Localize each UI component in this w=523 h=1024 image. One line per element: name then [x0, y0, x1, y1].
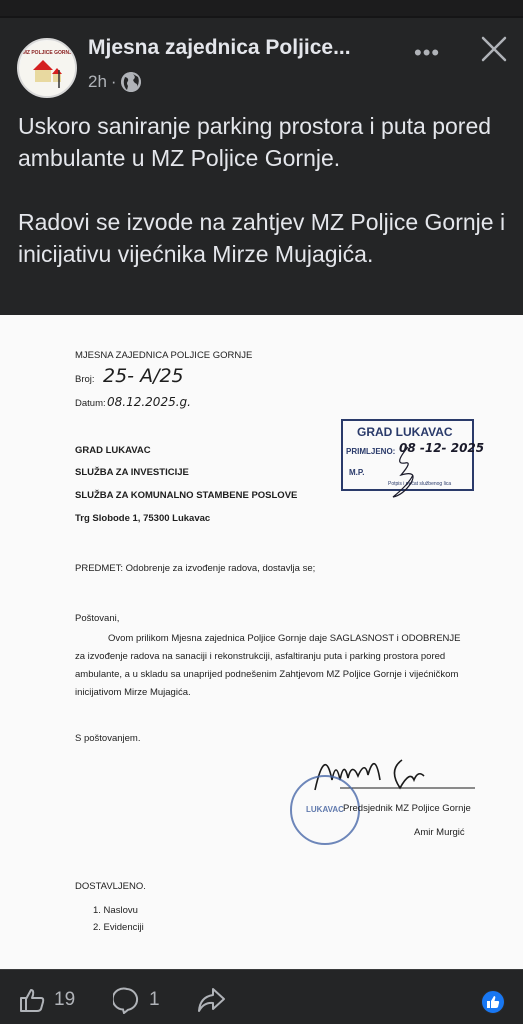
like-reaction-badge[interactable]: [481, 990, 505, 1014]
close-icon: [478, 33, 510, 65]
post-paragraph: Radovi se izvode na zahtjev MZ Poljice G…: [18, 206, 508, 270]
doc-sender: MJESNA ZAJEDNICA POLJICE GORNJE: [75, 350, 252, 361]
share-arrow-icon: [196, 986, 226, 1014]
comment-bubble-icon: [113, 986, 141, 1014]
like-count: 19: [54, 989, 75, 1011]
page-name[interactable]: Mjesna zajednica Poljice...: [88, 36, 351, 60]
doc-subject: PREDMET: Odobrenje za izvođenje radova, …: [75, 563, 315, 574]
doc-recipient-line: GRAD LUKAVAC: [75, 445, 151, 456]
signer-title: Predsjednik MZ Poljice Gornje: [343, 803, 471, 814]
delivered-item: 1. Naslovu: [93, 905, 138, 916]
comment-button[interactable]: 1: [113, 986, 160, 1014]
received-stamp: GRAD LUKAVAC PRIMLJENO: 08 -12- 2025 M.P…: [341, 419, 474, 491]
post-text: Uskoro saniranje parking prostora i puta…: [18, 110, 508, 270]
delivered-item: 2. Evidenciji: [93, 922, 144, 933]
signature-scribble-icon: [383, 445, 433, 500]
signer-name: Amir Murgić: [414, 827, 465, 838]
delivered-label: DOSTAVLJENO.: [75, 881, 146, 892]
status-bar-strip: [0, 0, 523, 18]
doc-recipient-line: Trg Slobode 1, 75300 Lukavac: [75, 513, 210, 524]
like-button[interactable]: 19: [18, 986, 75, 1014]
doc-broj-value: 25- A/25: [103, 365, 184, 387]
doc-closing: S poštovanjem.: [75, 733, 140, 744]
post-paragraph: Uskoro saniranje parking prostora i puta…: [18, 110, 508, 174]
doc-body-line: Ovom prilikom Mjesna zajednica Poljice G…: [108, 633, 461, 644]
doc-datum-label: Datum:: [75, 398, 106, 409]
action-bar: 19 1: [0, 969, 523, 1024]
doc-recipient-line: SLUŽBA ZA KOMUNALNO STAMBENE POSLOVE: [75, 490, 297, 501]
close-button[interactable]: [478, 33, 510, 65]
doc-broj-label: Broj:: [75, 374, 95, 385]
doc-datum-value: 08.12.2025.g.: [107, 395, 191, 409]
document-image[interactable]: MJESNA ZAJEDNICA POLJICE GORNJE Broj: 25…: [0, 315, 523, 969]
share-button[interactable]: [196, 986, 226, 1014]
comment-count: 1: [149, 989, 160, 1011]
seal-text: LUKAVAC: [306, 805, 344, 814]
doc-greeting: Poštovani,: [75, 613, 119, 624]
post-time[interactable]: 2h: [88, 72, 107, 92]
svg-text:MZ POLJICE GORNJE: MZ POLJICE GORNJE: [23, 50, 76, 56]
meta-separator: ·: [111, 72, 117, 92]
stamp-mp-label: M.P.: [349, 468, 364, 477]
post-meta: 2h ·: [88, 72, 141, 92]
page-avatar[interactable]: MZ POLJICE GORNJE: [17, 38, 77, 98]
thumbs-up-reaction-icon: [482, 991, 504, 1013]
house-logo-icon: MZ POLJICE GORNJE: [19, 40, 77, 98]
doc-body-line: ambulante, a u skladu sa unaprijed podne…: [75, 669, 458, 680]
stamp-title: GRAD LUKAVAC: [357, 425, 453, 439]
doc-body-line: za izvođenje radova na sanaciji i rekons…: [75, 651, 445, 662]
doc-body-line: inicijativom Mirze Mujagića.: [75, 687, 191, 698]
globe-icon: [121, 72, 141, 92]
doc-recipient-line: SLUŽBA ZA INVESTICIJE: [75, 467, 189, 478]
thumbs-up-icon: [18, 986, 46, 1014]
more-options-button[interactable]: •••: [414, 40, 440, 66]
